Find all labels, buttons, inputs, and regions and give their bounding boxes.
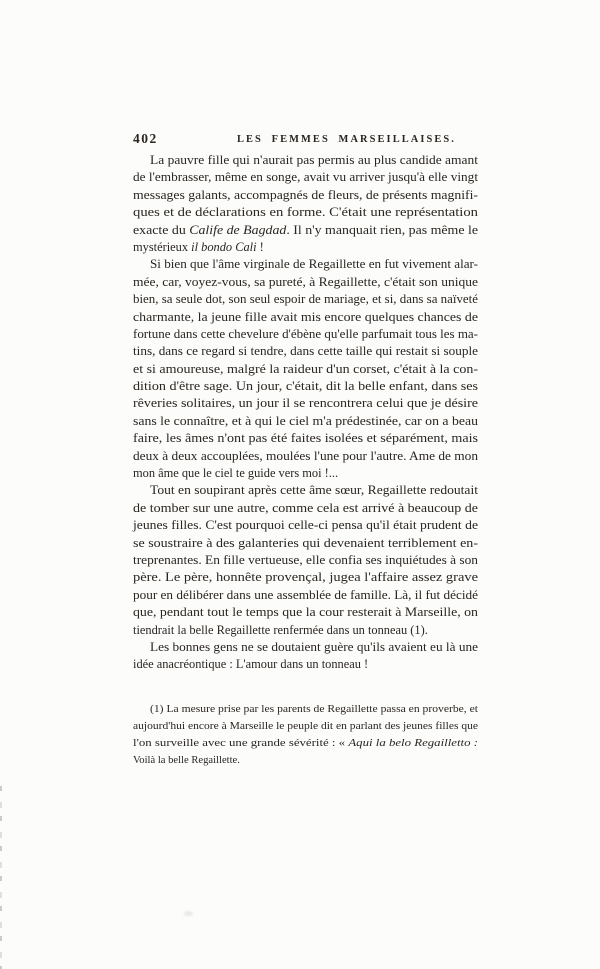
paragraph-2-line: sans le connaître, et à qui le ciel m'a … xyxy=(133,413,478,430)
body-text: La pauvre fille qui n'aurait pas permis … xyxy=(133,152,478,674)
paragraph-4-line: Les bonnes gens ne se doutaient guère qu… xyxy=(133,639,478,656)
paragraph-1-line: La pauvre fille qui n'aurait pas permis … xyxy=(133,152,478,169)
page-number: 402 xyxy=(133,131,158,147)
paragraph-3-line: pour en délibérer dans une assemblée de … xyxy=(133,587,478,604)
paragraph-1-line: exacte du Calife de Bagdad. Il n'y manqu… xyxy=(133,222,478,239)
gutter-shadow-artifact xyxy=(0,786,2,969)
paragraph-3-line: que, pendant tout le temps que la cour r… xyxy=(133,604,478,621)
footnote-line: aujourd'hui encore à Marseille le peuple… xyxy=(133,718,478,735)
paragraph-2-line: dition d'être sage. Un jour, c'était, di… xyxy=(133,378,478,395)
paragraph-1-line: mystérieux il bondo Cali ! xyxy=(133,239,478,256)
paragraph-2-line: faire, les âmes n'ont pas été faites iso… xyxy=(133,430,478,447)
paragraph-3-line: jeunes filles. C'est pourquoi celle-ci p… xyxy=(133,517,478,534)
paragraph-4-line: idée anacréontique : L'amour dans un ton… xyxy=(133,656,478,673)
smudge-artifact xyxy=(184,911,193,916)
paragraph-2-line: rêveries solitaires, un jour il se renco… xyxy=(133,395,478,412)
running-title: LES FEMMES MARSEILLAISES. xyxy=(237,134,456,145)
paragraph-3-line: de tomber sur une autre, comme cela est … xyxy=(133,500,478,517)
paragraph-1-line: ques et de déclarations en forme. C'étai… xyxy=(133,204,478,221)
paragraph-3-line: treprenantes. En fille vertueuse, elle c… xyxy=(133,552,478,569)
book-page: 402 LES FEMMES MARSEILLAISES. La pauvre … xyxy=(0,0,600,969)
paragraph-1-line: messages galants, accompagnés de fleurs,… xyxy=(133,187,478,204)
paragraph-2-line: mée, car, voyez-vous, sa pureté, à Regai… xyxy=(133,274,478,291)
paragraph-1-line: de l'embrasser, même en songe, avait vu … xyxy=(133,169,478,186)
paragraph-2-line: charmante, la jeune fille avait mis enco… xyxy=(133,309,478,326)
paragraph-2-line: mon âme que le ciel te guide vers moi !.… xyxy=(133,465,478,482)
footnote: (1) La mesure prise par les parents de R… xyxy=(133,701,478,769)
paragraph-2-line: bien, sa seule dot, son seul espoir de m… xyxy=(133,291,478,308)
paragraph-2-line: deux à deux accouplées, moulées l'une po… xyxy=(133,448,478,465)
paragraph-2-line: tins, dans ce regard si tendre, dans cet… xyxy=(133,343,478,360)
paragraph-2-line: fortune dans cette chevelure d'ébène qu'… xyxy=(133,326,478,343)
footnote-line: Voilà la belle Regaillette. xyxy=(133,752,478,769)
paragraph-3-line: tiendrait la belle Regaillette renfermée… xyxy=(133,622,478,639)
paragraph-3-line: Tout en soupirant après cette âme sœur, … xyxy=(133,482,478,499)
paragraph-3-line: se soustraire à des galanteries qui deve… xyxy=(133,535,478,552)
footnote-line: (1) La mesure prise par les parents de R… xyxy=(133,701,478,718)
footnote-line: l'on surveille avec une grande sévérité … xyxy=(133,735,478,752)
paragraph-2-line: Si bien que l'âme virginale de Regaillet… xyxy=(133,256,478,273)
paragraph-2-line: et si amoureuse, malgré la raideur d'un … xyxy=(133,361,478,378)
paragraph-3-line: père. Le père, honnête provençal, jugea … xyxy=(133,569,478,586)
